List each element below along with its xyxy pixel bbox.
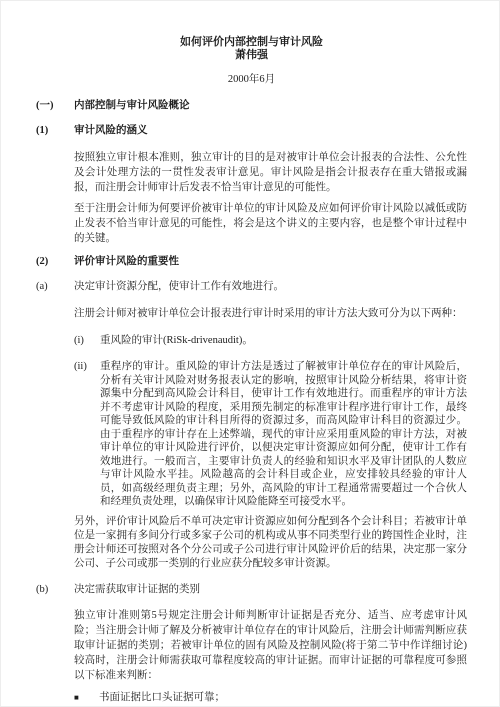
sub-item-text: 重风险的审计(RiSk-drivenaudit)。 [100, 333, 467, 348]
list-item-text: 决定需获取审计证据的类别 [74, 582, 467, 597]
subsection-number: (2) [36, 255, 74, 269]
sub-item-i: (i) 重风险的审计(RiSk-drivenaudit)。 [74, 333, 467, 348]
sub-item-text: 重程序的审计。重风险的审计方法是透过了解被审计单位存在的审计风险后，分析有关审计… [100, 360, 467, 509]
list-item-b: (b) 决定需获取审计证据的类别 [36, 582, 467, 597]
subsection-number: (1) [36, 124, 74, 138]
document-title: 如何评价内部控制与审计风险 [36, 36, 467, 49]
paragraph: 另外，评价审计风险后不单可决定审计资源应如何分配到各个会计科目；若被审计单位是一… [74, 515, 467, 571]
paragraph: 至于注册会计师为何要评价被审计单位的审计风险及应如何评价审计风险以减低或防止发表… [74, 201, 467, 246]
subsection-heading-1: (1) 审计风险的涵义 [36, 124, 467, 138]
list-item-a: (a) 决定审计资源分配，使审计工作有效地进行。 [36, 279, 467, 294]
document-page: 如何评价内部控制与审计风险 萧伟强 2000年6月 (一) 内部控制与审计风险概… [0, 0, 500, 707]
document-date: 2000年6月 [36, 73, 467, 86]
sub-item-ii: (ii) 重程序的审计。重风险的审计方法是透过了解被审计单位存在的审计风险后，分… [74, 360, 467, 509]
paragraph: 按照独立审计根本准则，独立审计的目的是对被审计单位会计报表的合法性、公允性及会计… [74, 150, 467, 195]
paragraph: 独立审计准则第5号规定注册会计师判断审计证据是否充分、适当、应考虑审计风险；当注… [74, 608, 467, 683]
subsection-title: 评价审计风险的重要性 [74, 255, 467, 269]
list-item-text: 决定审计资源分配，使审计工作有效地进行。 [74, 279, 467, 294]
sub-item-label: (i) [74, 333, 100, 348]
document-author: 萧伟强 [36, 49, 467, 62]
bullet-text: 书面证据比口头证据可靠； [99, 690, 467, 705]
section-number: (一) [36, 99, 74, 113]
list-item-label: (b) [36, 582, 74, 597]
paragraph: 注册会计师对被审计单位会计报表进行审计时采用的审计方法大致可分为以下两种： [74, 306, 467, 321]
section-title: 内部控制与审计风险概论 [74, 99, 467, 113]
sub-item-label: (ii) [74, 360, 100, 509]
subsection-heading-2: (2) 评价审计风险的重要性 [36, 255, 467, 269]
square-bullet-icon: ■ [74, 690, 99, 705]
section-heading-1: (一) 内部控制与审计风险概论 [36, 99, 467, 113]
bullet-item: ■ 书面证据比口头证据可靠； [74, 690, 467, 705]
list-item-label: (a) [36, 279, 74, 294]
subsection-title: 审计风险的涵义 [74, 124, 467, 138]
